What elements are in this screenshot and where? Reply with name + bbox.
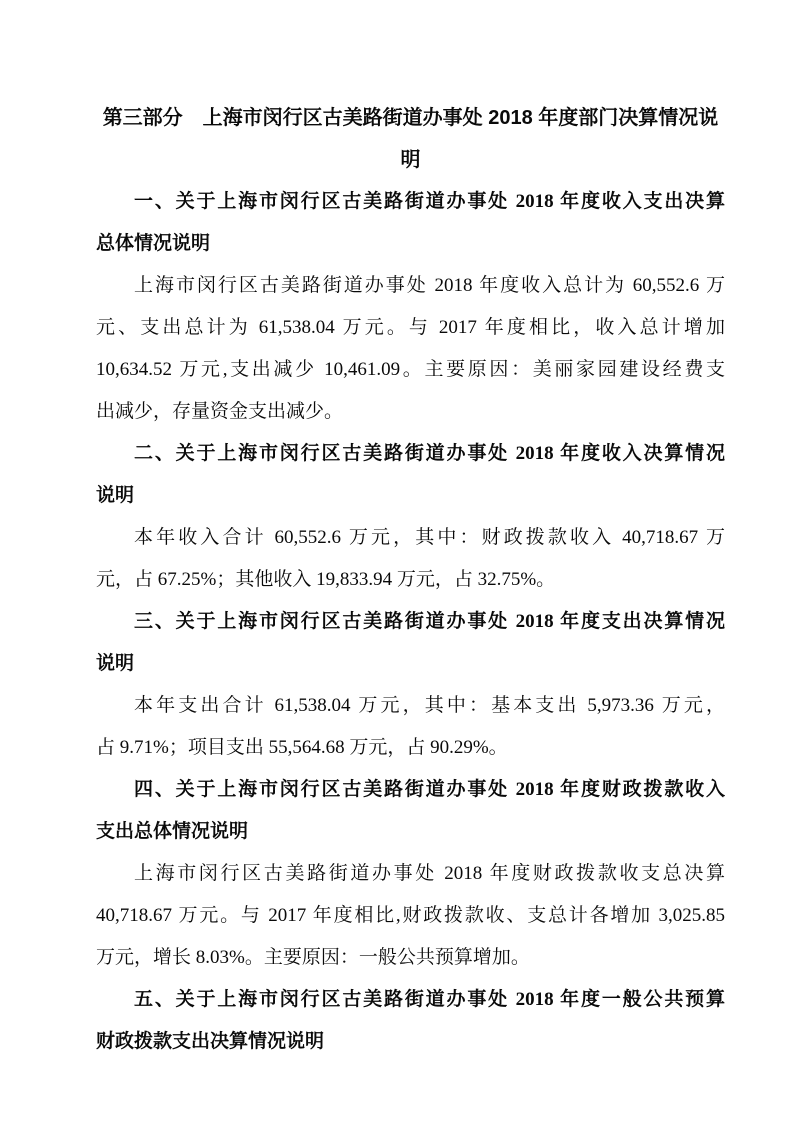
section-4-body-line-2: 40,718.67 万元。与 2017 年度相比,财政拨款收、支总计各增加 3,… xyxy=(96,895,725,937)
section-4-body-line-1: 上海市闵行区古美路街道办事处 2018 年度财政拨款收支总决算 xyxy=(96,853,725,895)
section-2-body-line-1: 本年收入合计 60,552.6 万元，其中：财政拨款收入 40,718.67 万 xyxy=(96,517,725,559)
section-4-heading-line-1: 四、关于上海市闵行区古美路街道办事处 2018 年度财政拨款收入 xyxy=(96,769,725,811)
section-5-heading-line-1: 五、关于上海市闵行区古美路街道办事处 2018 年度一般公共预算 xyxy=(96,979,725,1021)
section-1-income-expenditure-overview: 一、关于上海市闵行区古美路街道办事处 2018 年度收入支出决算 总体情况说明 … xyxy=(96,181,725,433)
section-3-body-line-2: 占 9.71%；项目支出 55,564.68 万元，占 90.29%。 xyxy=(96,727,725,769)
section-2-heading-line-2: 说明 xyxy=(96,475,725,517)
section-4-heading-line-2: 支出总体情况说明 xyxy=(96,811,725,853)
section-1-heading-line-2: 总体情况说明 xyxy=(96,223,725,265)
section-1-body-line-3: 10,634.52 万元,支出减少 10,461.09。主要原因：美丽家园建设经… xyxy=(96,349,725,391)
section-4-body-line-3: 万元，增长 8.03%。主要原因：一般公共预算增加。 xyxy=(96,937,725,979)
section-5-heading-line-2: 财政拨款支出决算情况说明 xyxy=(96,1021,725,1063)
section-1-body-line-4: 出减少，存量资金支出减少。 xyxy=(96,391,725,433)
section-1-heading-line-1: 一、关于上海市闵行区古美路街道办事处 2018 年度收入支出决算 xyxy=(96,181,725,223)
section-2-heading-line-1: 二、关于上海市闵行区古美路街道办事处 2018 年度收入决算情况 xyxy=(96,433,725,475)
document-page: 第三部分 上海市闵行区古美路街道办事处 2018 年度部门决算情况说明 一、关于… xyxy=(0,0,793,1122)
section-3-heading-line-1: 三、关于上海市闵行区古美路街道办事处 2018 年度支出决算情况 xyxy=(96,601,725,643)
document-content: 第三部分 上海市闵行区古美路街道办事处 2018 年度部门决算情况说明 一、关于… xyxy=(96,97,725,1063)
section-3-body-line-1: 本年支出合计 61,538.04 万元，其中：基本支出 5,973.36 万元， xyxy=(96,685,725,727)
section-3-heading-line-2: 说明 xyxy=(96,643,725,685)
section-3-expenditure-details: 三、关于上海市闵行区古美路街道办事处 2018 年度支出决算情况 说明 本年支出… xyxy=(96,601,725,769)
section-4-fiscal-appropriation-overview: 四、关于上海市闵行区古美路街道办事处 2018 年度财政拨款收入 支出总体情况说… xyxy=(96,769,725,979)
section-5-general-public-budget-expenditure: 五、关于上海市闵行区古美路街道办事处 2018 年度一般公共预算 财政拨款支出决… xyxy=(96,979,725,1063)
section-2-body-line-2: 元，占 67.25%；其他收入 19,833.94 万元，占 32.75%。 xyxy=(96,559,725,601)
section-2-income-details: 二、关于上海市闵行区古美路街道办事处 2018 年度收入决算情况 说明 本年收入… xyxy=(96,433,725,601)
section-1-body-line-2: 元、支出总计为 61,538.04 万元。与 2017 年度相比，收入总计增加 xyxy=(96,307,725,349)
section-1-body-line-1: 上海市闵行区古美路街道办事处 2018 年度收入总计为 60,552.6 万 xyxy=(96,265,725,307)
document-title: 第三部分 上海市闵行区古美路街道办事处 2018 年度部门决算情况说明 xyxy=(96,97,725,181)
